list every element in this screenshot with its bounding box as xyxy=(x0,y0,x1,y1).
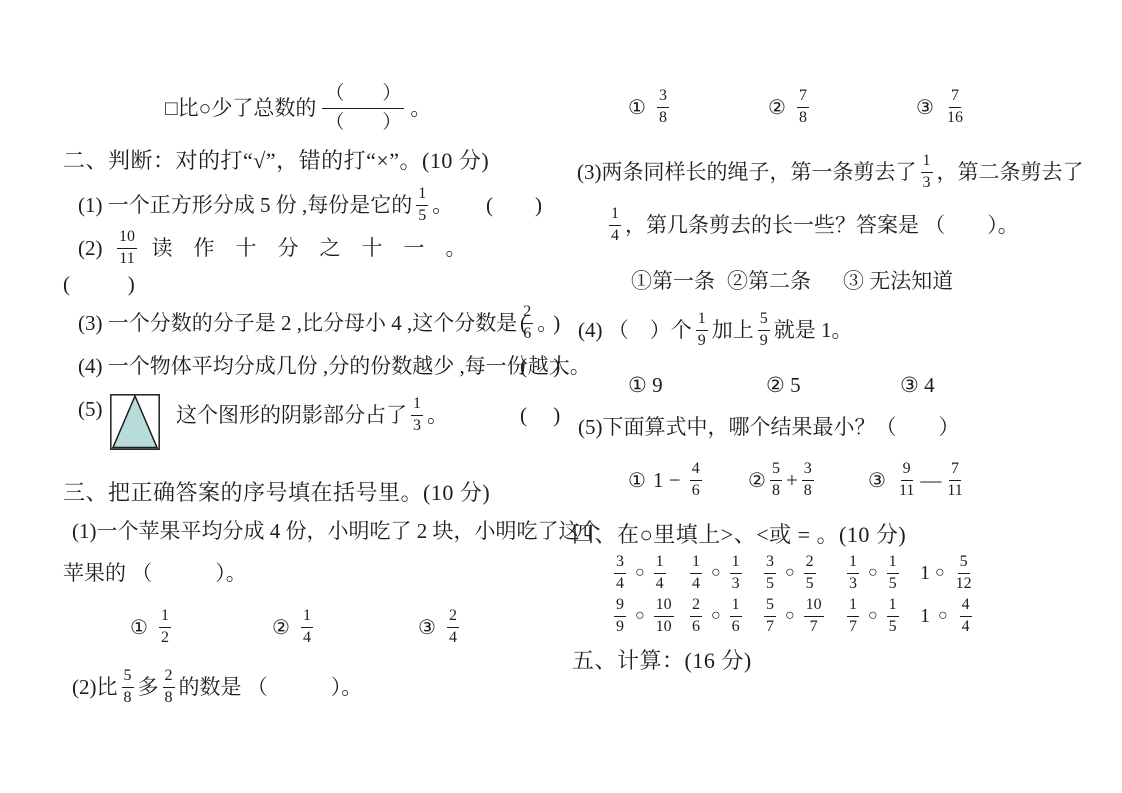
fraction: 19 xyxy=(696,310,708,350)
fraction: 35 xyxy=(764,553,776,593)
blank-fraction-numerator: （ ） xyxy=(322,83,404,109)
compare-cell: 14 ○ 13 xyxy=(686,551,746,595)
section3-q1-line2: 苹果的 （ ）。 xyxy=(63,560,247,586)
q5-text: 这个图形的阴影部分占了 xyxy=(176,402,407,428)
q1-option-2: ② 14 xyxy=(272,604,317,650)
worksheet-page: □比○少了总数的 （ ） （ ） 。 二、判断：对的打“√”，错的打“×”。(1… xyxy=(0,0,1122,793)
fraction: 10 11 xyxy=(117,228,137,268)
q2-pre: (2)比 xyxy=(72,674,118,700)
q1-option-1: ① 12 xyxy=(130,604,175,650)
intro-text: □比○少了总数的 xyxy=(165,95,316,121)
fraction: 25 xyxy=(804,553,816,593)
fraction: 26 xyxy=(690,596,702,636)
compare-circle: ○ xyxy=(785,563,795,583)
circled-3: ③ xyxy=(916,95,934,120)
compare-cell: 13 ○ 15 xyxy=(843,551,903,595)
q5-answer-paren: ( ) xyxy=(520,394,560,436)
fraction: 14 xyxy=(301,607,313,647)
minus-dash: — xyxy=(920,467,941,493)
q4-option-1: ① 9 xyxy=(628,372,663,398)
fraction: 99 xyxy=(614,596,626,636)
fraction: 107 xyxy=(804,596,824,636)
fraction: 14 xyxy=(654,553,666,593)
compare-circle: ○ xyxy=(868,563,878,583)
circled-1: ① xyxy=(628,95,646,120)
fraction: 46 xyxy=(690,460,702,500)
fraction: 13 xyxy=(847,553,859,593)
intro-line: □比○少了总数的 （ ） （ ） 。 xyxy=(165,80,431,136)
section3-header: 三、把正确答案的序号填在括号里。(10 分) xyxy=(63,479,490,507)
circled-2: ② xyxy=(768,95,786,120)
section2-q4: (4) 一个物体平均分成几份 ,分的份数越少 ,每一份越大。 xyxy=(78,352,591,380)
fraction: 1 5 xyxy=(416,185,428,225)
fraction: 15 xyxy=(887,596,899,636)
q3-end: ，第几条剪去的长一些？答案是 （ ）。 xyxy=(625,212,1019,238)
fraction: 58 xyxy=(122,667,134,707)
compare-cell: 1 ○ 512 xyxy=(920,551,978,595)
whole-number: 1 xyxy=(920,561,930,586)
q2-option-2: ② 78 xyxy=(768,80,813,134)
section4-header: 四、在○里填上>、<或 = 。(10 分) xyxy=(572,521,906,549)
compare-cell: 1 ○ 44 xyxy=(920,594,976,638)
fraction: 57 xyxy=(764,596,776,636)
q4-mid: 加上 xyxy=(712,317,754,343)
compare-cell: 99 ○ 1010 xyxy=(610,594,678,638)
q1-option-3: ③ 24 xyxy=(418,604,463,650)
fraction: 12 xyxy=(159,607,171,647)
shaded-triangle-figure xyxy=(110,394,160,455)
section2-q5-label: (5) xyxy=(78,398,103,420)
fraction: 1 3 xyxy=(411,395,423,435)
section2-q3: (3) 一个分数的分子是 2 ,比分母小 4 ,这个分数是 2 6 。 xyxy=(78,302,558,344)
section3-q2: (2)比 58 多 28 的数是 （ ）。 xyxy=(72,664,362,710)
compare-circle: ○ xyxy=(868,606,878,626)
fraction: 13 xyxy=(921,152,933,192)
compare-circle: ○ xyxy=(711,563,721,583)
fraction: 58 xyxy=(770,460,782,500)
q2-answer-paren: ( ) xyxy=(63,270,135,298)
circled-2: ② xyxy=(272,615,290,640)
fraction: 38 xyxy=(802,460,814,500)
section5-header: 五、计算：(16 分) xyxy=(572,647,752,675)
q3-option-3: ③ 无法知道 xyxy=(843,268,953,294)
circled-3: ③ xyxy=(418,615,436,640)
section3-q1-line1: (1)一个苹果平均分成 4 份，小明吃了 2 块，小明吃了这个 xyxy=(72,518,600,544)
compare-cell: 57 ○ 107 xyxy=(760,594,828,638)
q5-option-1: ① 1 − 46 xyxy=(628,456,706,504)
q1-text: (1) 一个正方形分成 5 份 ,每份是它的 xyxy=(78,192,412,218)
fraction: 911 xyxy=(897,460,916,500)
blank-fraction: （ ） （ ） xyxy=(322,83,404,134)
q4-answer-paren: ( ) xyxy=(520,352,560,380)
fraction: 512 xyxy=(954,553,974,593)
q4-option-2: ② 5 xyxy=(766,372,801,398)
fraction: 716 xyxy=(945,87,965,127)
q3-cont: ，第二条剪去了 xyxy=(937,159,1084,185)
q3-answer-paren: ( ) xyxy=(520,302,560,344)
fraction: 1010 xyxy=(654,596,674,636)
q3-pre: (3)两条同样长的绳子，第一条剪去了 xyxy=(577,159,917,185)
fraction: 44 xyxy=(960,596,972,636)
q4-option-3: ③ 4 xyxy=(900,372,935,398)
fraction: 59 xyxy=(758,310,770,350)
fraction: 78 xyxy=(797,87,809,127)
section3-q4: (4) （ ）个 19 加上 59 就是 1。 xyxy=(578,306,853,354)
fraction: 17 xyxy=(847,596,859,636)
q5-option-3: ③ 911 — 711 xyxy=(868,456,969,504)
compare-circle: ○ xyxy=(938,606,948,626)
q2-label: (2) xyxy=(78,235,113,261)
circled-1: ① xyxy=(628,468,646,493)
section2-q5: 这个图形的阴影部分占了 1 3 。 xyxy=(176,394,448,436)
compare-circle: ○ xyxy=(785,606,795,626)
compare-circle: ○ xyxy=(635,563,645,583)
compare-cell: 17 ○ 15 xyxy=(843,594,903,638)
fraction: 13 xyxy=(730,553,742,593)
fraction: 28 xyxy=(163,667,175,707)
q5-period: 。 xyxy=(427,402,448,428)
fraction: 14 xyxy=(690,553,702,593)
section3-q3-line2: 14 ，第几条剪去的长一些？答案是 （ ）。 xyxy=(605,200,1019,250)
compare-cell: 35 ○ 25 xyxy=(760,551,820,595)
compare-circle: ○ xyxy=(711,606,721,626)
q5-option-2: ② 58 + 38 xyxy=(748,456,818,504)
q3-text: (3) 一个分数的分子是 2 ,比分母小 4 ,这个分数是 xyxy=(78,310,517,336)
section3-q5: (5)下面算式中，哪个结果最小？（ ） xyxy=(578,414,960,440)
compare-cell: 26 ○ 16 xyxy=(686,594,746,638)
circled-1: ① xyxy=(130,615,148,640)
fraction: 34 xyxy=(614,553,626,593)
q3-option-1: ①第一条 xyxy=(631,268,715,294)
fraction: 15 xyxy=(887,553,899,593)
section3-q3-line1: (3)两条同样长的绳子，第一条剪去了 13 ，第二条剪去了 xyxy=(577,148,1084,196)
q2-end: 的数是 （ ）。 xyxy=(179,674,363,700)
section2-header: 二、判断：对的打“√”，错的打“×”。(10 分) xyxy=(63,147,489,175)
plus-sign: + xyxy=(786,467,798,493)
fraction: 24 xyxy=(447,607,459,647)
q2-option-1: ① 38 xyxy=(628,80,673,134)
q2-text: 读 作 十 分 之 十 一 。 xyxy=(141,235,467,261)
q3-option-2: ②第二条 xyxy=(727,268,811,294)
circled-2: ② xyxy=(748,468,766,493)
q4-pre: (4) （ ）个 xyxy=(578,317,692,343)
fraction: 14 xyxy=(609,205,621,245)
circled-3: ③ xyxy=(868,468,886,493)
q2-option-3: ③ 716 xyxy=(916,80,969,134)
q1-answer-paren: ( ) xyxy=(486,185,542,225)
fraction: 711 xyxy=(945,460,964,500)
q2-mid: 多 xyxy=(138,674,159,700)
q1-period: 。 xyxy=(432,192,453,218)
compare-circle: ○ xyxy=(635,606,645,626)
intro-period: 。 xyxy=(410,95,431,121)
whole-number: 1 xyxy=(920,604,930,629)
fraction: 16 xyxy=(730,596,742,636)
q5a-text: 1 − xyxy=(653,467,686,493)
compare-cell: 34 ○ 14 xyxy=(610,551,670,595)
section2-q2: (2) 10 11 读 作 十 分 之 十 一 。 xyxy=(78,224,467,272)
compare-circle: ○ xyxy=(935,563,945,583)
fraction: 38 xyxy=(657,87,669,127)
q4-end: 就是 1。 xyxy=(774,317,853,343)
section2-q1: (1) 一个正方形分成 5 份 ,每份是它的 1 5 。 xyxy=(78,185,453,225)
blank-fraction-denominator: （ ） xyxy=(322,109,404,134)
